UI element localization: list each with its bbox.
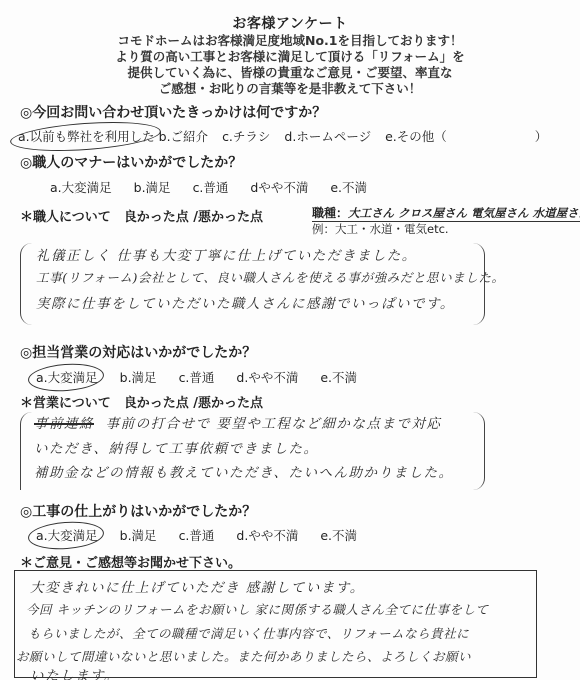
sales-comment-line: 事前連絡 事前の打合せで 要望や工程など細かな点まで対応 (34, 412, 441, 432)
intro-line: 提供していく為に、皆様の貴重なご意見・ご要望、率直な (0, 65, 580, 81)
q2-options: a.大変満足 b.満足 c.普通 dやや不満 e.不満 (50, 178, 367, 196)
q4-option-a[interactable]: a.大変満足 (36, 526, 98, 544)
q3-option-c[interactable]: c.普通 (179, 368, 215, 386)
q1-option-c[interactable]: c.チラシ (222, 127, 270, 145)
q1-question: ◎今回お問い合わせ頂いたきっかけは何ですか？ (20, 102, 326, 122)
sales-comment-heading: ＊営業について 良かった点 /悪かった点 (20, 392, 263, 411)
general-comment-heading: ＊ご意見・ご感想等お聞かせ下さい。 (20, 552, 241, 571)
craftsman-comment-heading: ＊職人について 良かった点 /悪かった点 (20, 206, 263, 225)
q3-option-e[interactable]: e.不満 (320, 368, 357, 386)
q1-option-e[interactable]: e.その他（ (385, 127, 447, 145)
sales-comment-text: 事前の打合せで 要望や工程など細かな点まで対応 (106, 416, 442, 432)
q1-option-b[interactable]: b.ご紹介 (159, 127, 208, 145)
craftsman-comment-line: 礼儀正しく 仕事も大変丁寧に仕上げていただきました。 (36, 244, 417, 264)
q3-options: a.大変満足 b.満足 c.普通 d.やや不満 e.不満 (36, 368, 357, 386)
survey-title: お客様アンケート (0, 16, 580, 33)
q1-option-a[interactable]: a.以前も弊社を利用した (18, 127, 155, 145)
intro-line: ご感想・お叱りの言葉等を是非教えて下さい！ (0, 81, 580, 97)
trade-field: 職種：大工さん クロス屋さん 電気屋さん 水道屋さん 例：大工・水道・電気etc… (312, 204, 580, 221)
q1-option-d[interactable]: d.ホームページ (284, 127, 371, 145)
q2-option-d[interactable]: dやや不満 (250, 178, 308, 196)
sales-comment-line: 補助金などの情報も教えていただき、たいへん助かりました。 (34, 461, 453, 481)
general-comment-line: もらいましたが、全ての職種で満足いく仕事内容で、リフォームなら貴社に (28, 624, 469, 642)
q2-option-a[interactable]: a.大変満足 (50, 178, 112, 196)
q2-option-b[interactable]: b.満足 (134, 178, 171, 196)
q2-question: ◎職人のマナーはいかがでしたか？ (20, 152, 242, 172)
q2-option-c[interactable]: c.普通 (193, 178, 229, 196)
general-comment-line: 大変きれいに仕上げていただき 感謝しています。 (30, 576, 365, 596)
craftsman-comment-line: 工事(リフォーム)会社として、良い職人さんを使える事が強みだと思いました。 (36, 268, 505, 286)
intro-line: より質の高い工事とお客様に満足して頂ける「リフォーム」を (0, 49, 580, 65)
general-comment-line: いたします。 (30, 664, 119, 680)
craftsman-comment-line: 実際に仕事をしていただいた職人さんに感謝でいっぱいです。 (36, 292, 455, 312)
q4-option-c[interactable]: c.普通 (179, 526, 215, 544)
survey-header: お客様アンケート コモドホームはお客様満足度地域No.1を目指しております！ よ… (0, 16, 580, 97)
sales-comment-line: いただき、納得して工事依頼できました。 (34, 437, 318, 457)
q4-option-e[interactable]: e.不満 (320, 526, 357, 544)
q4-option-d[interactable]: d.やや不満 (236, 526, 298, 544)
intro-line: コモドホームはお客様満足度地域No.1を目指しております！ (0, 33, 580, 49)
q3-option-a[interactable]: a.大変満足 (36, 368, 98, 386)
q3-option-d[interactable]: d.やや不満 (236, 368, 298, 386)
general-comment-line: お願いして間違いないと思いました。また何かありましたら、よろしくお願い (16, 647, 471, 665)
q4-option-b[interactable]: b.満足 (120, 526, 157, 544)
trade-example: 例：大工・水道・電気etc. (312, 221, 449, 237)
q4-question: ◎工事の仕上がりはいかがでしたか？ (20, 501, 256, 521)
trade-label: 職種： (312, 206, 348, 222)
struck-text: 事前連絡 (34, 416, 94, 432)
q1-options: a.以前も弊社を利用した b.ご紹介 c.チラシ d.ホームページ e.その他（… (18, 127, 547, 145)
q3-option-b[interactable]: b.満足 (120, 368, 157, 386)
q2-option-e[interactable]: e.不満 (330, 178, 367, 196)
survey-page: お客様アンケート コモドホームはお客様満足度地域No.1を目指しております！ よ… (0, 0, 580, 680)
q1-option-e-close: ） (535, 127, 548, 145)
general-comment-line: 今回 キッチンのリフォームをお願いし 家に関係する職人さん全てに仕事をして (26, 600, 488, 618)
q3-question: ◎担当営業の対応はいかがでしたか？ (20, 342, 256, 362)
q4-options: a.大変満足 b.満足 c.普通 d.やや不満 e.不満 (36, 526, 357, 544)
trade-value[interactable]: 大工さん クロス屋さん 電気屋さん 水道屋さん (348, 206, 580, 222)
